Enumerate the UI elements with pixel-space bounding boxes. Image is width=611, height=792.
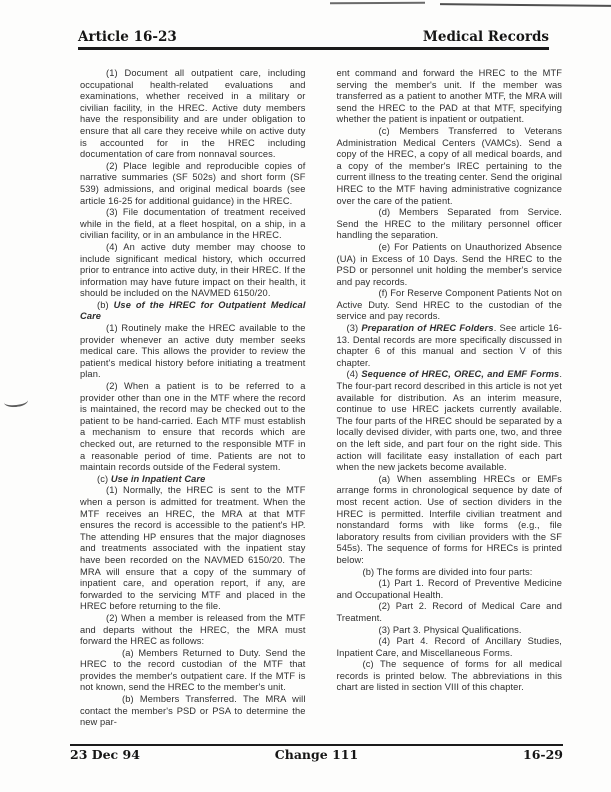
paragraph-text: (d) Members Separated from Service. Send… bbox=[337, 207, 563, 240]
margin-pen-mark-artifact bbox=[3, 395, 28, 408]
header-article-number: Article 16-23 bbox=[78, 29, 177, 45]
top-scan-line-artifact bbox=[330, 2, 425, 4]
paragraph-text: (1) Routinely make the HREC available to… bbox=[80, 323, 306, 379]
paragraph: (4) Sequence of HREC, OREC, and EMF Form… bbox=[337, 369, 563, 473]
paragraph-text: (c) The sequence of forms for all medica… bbox=[337, 659, 563, 692]
paragraph-text: (2) When a patient is to be referred to … bbox=[80, 381, 306, 472]
paragraph-text: (4) An active duty member may choose to … bbox=[80, 242, 306, 298]
paragraph-text: (4) Part 4. Record of Ancillary Studies,… bbox=[337, 636, 563, 658]
paragraph: (2) Place legible and reproducible copie… bbox=[80, 161, 306, 207]
inline-heading: Preparation of HREC Folders bbox=[361, 323, 493, 333]
paragraph-label: (b) bbox=[97, 300, 114, 310]
paragraph: (3) Part 3. Physical Qualifications. bbox=[337, 625, 563, 637]
paragraph: ent command and forward the HREC to the … bbox=[337, 68, 563, 126]
paragraph-text: (3) File documentation of treatment rece… bbox=[80, 207, 306, 240]
right-column: ent command and forward the HREC to the … bbox=[337, 68, 563, 729]
inline-heading: Use of the HREC for Outpatient Medical C… bbox=[80, 300, 306, 322]
page-header: Article 16-23 Medical Records bbox=[78, 29, 549, 50]
footer-date: 23 Dec 94 bbox=[70, 747, 234, 762]
footer-rule bbox=[70, 744, 563, 746]
paragraph: (e) For Patients on Unauthorized Absence… bbox=[337, 242, 563, 288]
paragraph: (1) Document all outpatient care, includ… bbox=[80, 68, 306, 161]
paragraph-text: . The four-part record described in this… bbox=[337, 369, 563, 472]
paragraph-label: (4) bbox=[347, 369, 362, 379]
document-body: (1) Document all outpatient care, includ… bbox=[80, 68, 562, 729]
paragraph-text: (2) Place legible and reproducible copie… bbox=[80, 161, 306, 206]
paragraph-text: (1) Document all outpatient care, includ… bbox=[80, 68, 306, 159]
paragraph: (3) File documentation of treatment rece… bbox=[80, 207, 306, 242]
paragraph: (f) For Reserve Component Patients Not o… bbox=[337, 288, 563, 323]
paragraph: (2) Part 2. Record of Medical Care and T… bbox=[337, 601, 563, 624]
paragraph: (c) Use in Inpatient Care bbox=[80, 474, 306, 486]
paragraph-text: (3) Part 3. Physical Qualifications. bbox=[379, 625, 522, 635]
header-section-title: Medical Records bbox=[423, 29, 549, 45]
paragraph: (b) Members Transferred. The MRA will co… bbox=[80, 694, 306, 729]
paragraph-text: (b) The forms are divided into four part… bbox=[363, 567, 533, 577]
footer-page-number: 16-29 bbox=[399, 747, 563, 762]
paragraph-text: (2) Part 2. Record of Medical Care and T… bbox=[337, 601, 563, 623]
paragraph: (b) Use of the HREC for Outpatient Medic… bbox=[80, 300, 306, 323]
paragraph: (1) Routinely make the HREC available to… bbox=[80, 323, 306, 381]
paragraph-text: (2) When a member is released from the M… bbox=[80, 613, 306, 646]
paragraph: (2) When a patient is to be referred to … bbox=[80, 381, 306, 474]
paragraph: (a) When assembling HRECs or EMFs arrang… bbox=[337, 474, 563, 567]
paragraph-text: (1) Part 1. Record of Preventive Medicin… bbox=[337, 578, 563, 600]
paragraph: (c) Members Transferred to Veterans Admi… bbox=[337, 126, 563, 207]
paragraph: (4) An active duty member may choose to … bbox=[80, 242, 306, 300]
paragraph-text: (e) For Patients on Unauthorized Absence… bbox=[337, 242, 563, 287]
footer-change-number: Change 111 bbox=[234, 747, 398, 762]
inline-heading: Sequence of HREC, OREC, and EMF Forms bbox=[361, 369, 559, 379]
paragraph: (c) The sequence of forms for all medica… bbox=[337, 659, 563, 694]
paragraph: (4) Part 4. Record of Ancillary Studies,… bbox=[337, 636, 563, 659]
paragraph: (b) The forms are divided into four part… bbox=[337, 567, 563, 579]
top-scan-line-artifact-2 bbox=[440, 3, 611, 7]
paragraph-text: (a) Members Returned to Duty. Send the H… bbox=[80, 648, 306, 693]
page-footer: 23 Dec 94 Change 111 16-29 bbox=[70, 747, 563, 762]
paragraph-text: (f) For Reserve Component Patients Not o… bbox=[337, 288, 563, 321]
paragraph: (3) Preparation of HREC Folders. See art… bbox=[337, 323, 563, 369]
paragraph: (d) Members Separated from Service. Send… bbox=[337, 207, 563, 242]
paragraph: (2) When a member is released from the M… bbox=[80, 613, 306, 648]
paragraph-text: (a) When assembling HRECs or EMFs arrang… bbox=[337, 474, 563, 565]
paragraph-label: (c) bbox=[97, 474, 111, 484]
inline-heading: Use in Inpatient Care bbox=[111, 474, 206, 484]
left-column: (1) Document all outpatient care, includ… bbox=[80, 68, 306, 729]
paragraph-text: (c) Members Transferred to Veterans Admi… bbox=[337, 126, 563, 206]
paragraph-label: (3) bbox=[347, 323, 362, 333]
paragraph: (a) Members Returned to Duty. Send the H… bbox=[80, 648, 306, 694]
paragraph-text: ent command and forward the HREC to the … bbox=[337, 68, 563, 124]
paragraph: (1) Part 1. Record of Preventive Medicin… bbox=[337, 578, 563, 601]
paragraph-text: (1) Normally, the HREC is sent to the MT… bbox=[80, 485, 306, 611]
paragraph: (1) Normally, the HREC is sent to the MT… bbox=[80, 485, 306, 613]
paragraph-text: (b) Members Transferred. The MRA will co… bbox=[80, 694, 306, 727]
